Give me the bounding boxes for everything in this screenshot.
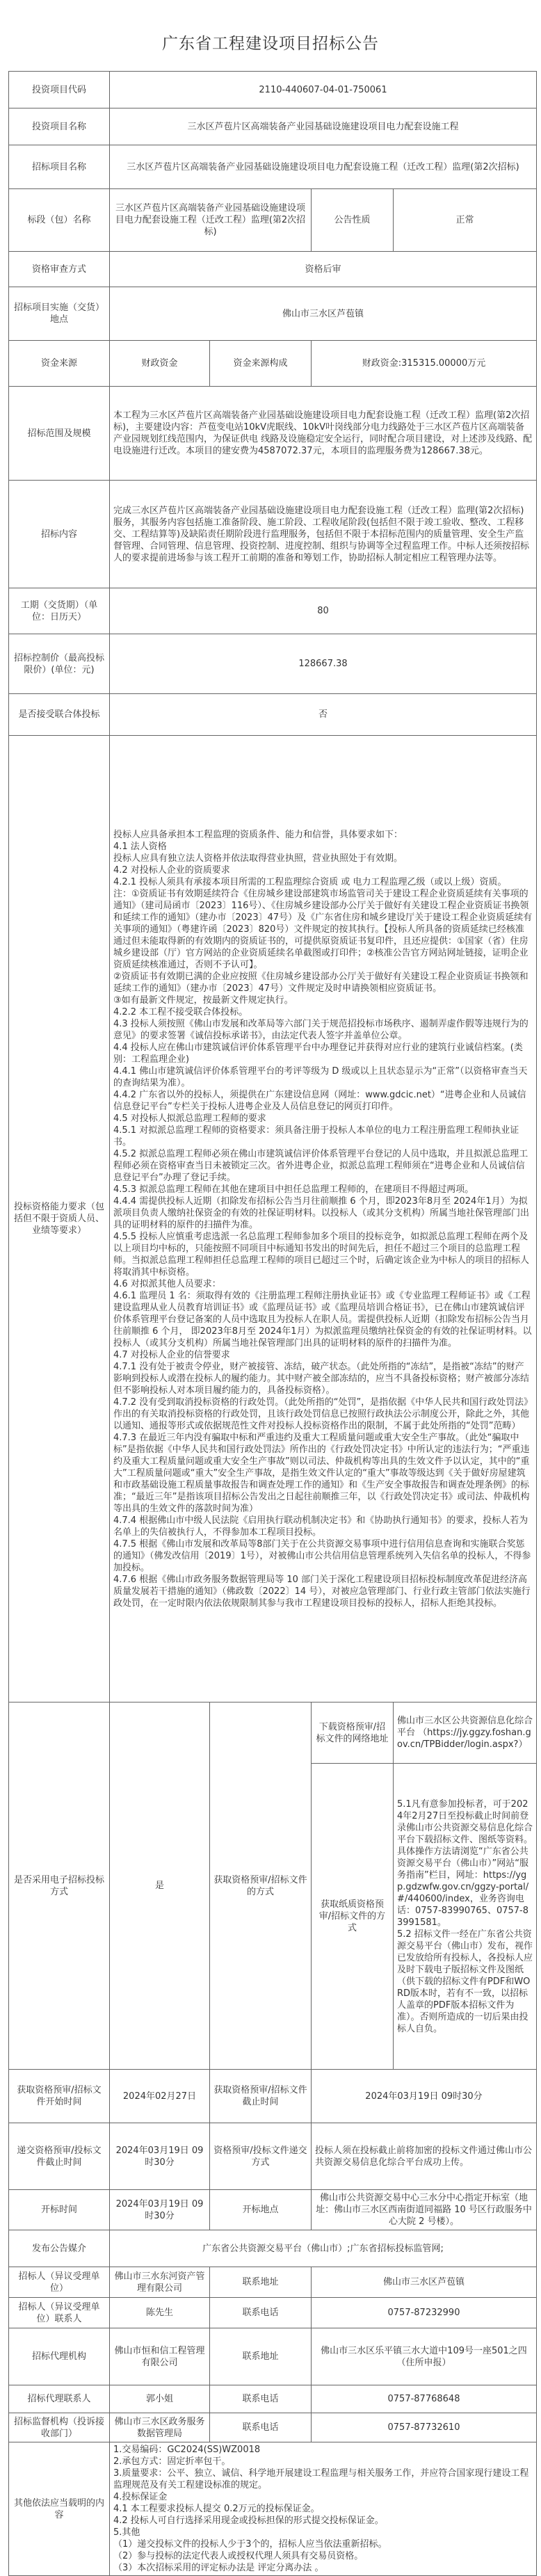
- agency-contact-value: 郭小姐: [110, 2385, 210, 2413]
- consortium-label: 是否接受联合体投标: [9, 694, 110, 736]
- qualification-line: 4.2 对投标人企业的资质要求: [113, 864, 533, 876]
- row-max-price: 招标控制价（最高投标限价）(单位：元) 128667.38: [9, 634, 537, 694]
- other-line: 1.交易编码：GC2024(SS)WZ0018: [113, 2444, 533, 2456]
- row-supervisor: 招标监督机构（投诉接收部门） 佛山市三水区政务服务数据管理局 联系电话 0757…: [9, 2413, 537, 2442]
- row-electronic-net: 是否采用电子招标投标方式 是 获取资格预审/招标文件的方式 下载资格预审/招标文…: [9, 1702, 537, 1764]
- doc-method-label: 获取资格预审/招标文件的方式: [210, 1702, 312, 2070]
- supervisor-value: 佛山市三水区政务服务数据管理局: [110, 2413, 210, 2442]
- qualification-line: 4.5.3 拟派总监理工程师在其他在建项目中担任总监理工程师的，在建项目不得超过…: [113, 1184, 533, 1196]
- opening-place-label: 开标地点: [210, 2190, 312, 2230]
- tenderer-contact-label: 招标人（异议受理单位）联系人: [9, 2298, 110, 2328]
- notice-nature-label: 公告性质: [312, 189, 394, 252]
- agency-phone-label: 联系电话: [210, 2385, 312, 2413]
- row-scope: 招标范围及规模 本工程为三水区芦苞片区高端装备产业园基础设施建设项目电力配套设施…: [9, 387, 537, 481]
- other-line: 4.投标保证金: [113, 2491, 533, 2503]
- row-review-method: 资格审查方式 资格后审: [9, 252, 537, 287]
- tenderer-address-value: 佛山市三水区芦苞镇: [312, 2267, 537, 2298]
- row-agency: 招标代理机构 佛山市恒和信工程管理有限公司 联系地址 佛山市三水区乐平镇三水大道…: [9, 2328, 537, 2385]
- qualification-line: 4.4.4 需提供投标人近期（扣除发布招标公告当月往前顺推 6 个月，即2023…: [113, 1196, 533, 1231]
- qualification-line: 4.4.2 广东省以外的投标人，须提供在广东建设信息网（网址：www.gdcic…: [113, 1089, 533, 1113]
- qualification-line: 4.5.5 投标人应慎重考虑选派一名总监理工程师参加多个项目的投标竞争，如拟派总…: [113, 1231, 533, 1278]
- other-line: 3.质量要求：公平、独立、诚信、科学地开展建设工程监理与相关服务工作，并应符合国…: [113, 2468, 533, 2491]
- other-line: （3）本次招标采用的评定标办法是 评定分离办法 。: [113, 2562, 533, 2574]
- tenderer-address-label: 联系地址: [210, 2267, 312, 2298]
- submit-deadline-value: 2024年03月19日 09时30分: [110, 2123, 210, 2190]
- row-tenderer-contact: 招标人（异议受理单位）联系人 陈先生 联系电话 0757-87232990: [9, 2298, 537, 2328]
- electronic-value: 是: [110, 1702, 210, 2070]
- row-consortium: 是否接受联合体投标 否: [9, 694, 537, 736]
- location-label: 招标项目实施（交货）地点: [9, 287, 110, 341]
- qualification-line: 4.7.5 根据《佛山市发展和改革局等8部门关于在公共资源交易事项中进行信用信息…: [113, 1538, 533, 1574]
- agency-phone-value: 0757-87768648: [312, 2385, 537, 2413]
- qualification-line: 4.5.1 对拟派总监理工程师的资格要求：须具备注册于投标人本单位的电力工程注册…: [113, 1125, 533, 1148]
- opening-time-label: 开标时间: [9, 2190, 110, 2230]
- doc-start-value: 2024年02月27日: [110, 2070, 210, 2123]
- qualification-line: 4.3 投标人须按照《佛山市发展和改革局等六部门关于规范招投标市场秩序、遏制弄虚…: [113, 1018, 533, 1042]
- submit-deadline-label: 递交资格预审/投标文件截止时间: [9, 2123, 110, 2190]
- tenderer-label: 招标人（异议受理单位）: [9, 2267, 110, 2298]
- row-qualification: 投标资格能力要求（包括但不限于资质人员、业绩等要求） 投标人应具备承担本工程监理…: [9, 736, 537, 1702]
- other-line: 5.其他: [113, 2527, 533, 2538]
- duration-value: 80: [110, 588, 537, 634]
- doc-start-label: 获取资格预审/招标文件开始时间: [9, 2070, 110, 2123]
- project-name-value: 三水区芦苞片区高端装备产业园基础设施建设项目电力配套设施工程: [110, 108, 537, 145]
- scope-label: 招标范围及规模: [9, 387, 110, 481]
- qualification-line: 4.6 对拟派其他人员要求：: [113, 1278, 533, 1290]
- doc-end-label: 获取资格预审/招标文件截止时间: [210, 2070, 312, 2123]
- project-code-label: 投资项目代码: [9, 72, 110, 108]
- qualification-line: 4.1 法人资格: [113, 841, 533, 853]
- agency-contact-label: 招标代理联系人: [9, 2385, 110, 2413]
- qualification-line: ②资质证书有效期已满的企业应按照《住房城乡建设部办公厅关于做好有关建设工程企业资…: [113, 971, 533, 995]
- qualification-line: 投标人应具备承担本工程监理的资质条件、能力和信誉，具体要求如下：: [113, 829, 533, 841]
- tender-notice-table: 投资项目代码 2110-440607-04-01-750061 投资项目名称 三…: [8, 71, 537, 2576]
- project-code-value: 2110-440607-04-01-750061: [110, 72, 537, 108]
- content-value: 完成三水区芦苞片区高端装备产业园基础设施建设项目电力配套设施工程（迁改工程）监理…: [110, 481, 537, 588]
- row-tender-name: 招标项目名称 三水区芦苞片区高端装备产业园基础设施建设项目电力配套设施工程（迁改…: [9, 145, 537, 189]
- row-content: 招标内容 完成三水区芦苞片区高端装备产业园基础设施建设项目电力配套设施工程（迁改…: [9, 481, 537, 588]
- qualification-value: 投标人应具备承担本工程监理的资质条件、能力和信誉，具体要求如下： 4.1 法人资…: [110, 736, 537, 1702]
- agency-address-value: 佛山市三水区乐平镇三水大道中109号一座501之四（住所申报）: [312, 2328, 537, 2385]
- paper-doc-line: 5.2 招标文件一经在广东省公共资源交易平台（佛山市）发布，视作已发放给所有投标…: [397, 1929, 533, 2035]
- section-name-label: 标段（包）名称: [9, 189, 110, 252]
- other-value: 1.交易编码：GC2024(SS)WZ0018 2.承包方式：固定折率包干。 3…: [110, 2442, 537, 2576]
- fund-composition-label: 资金来源构成: [210, 341, 312, 387]
- notice-nature-value: 正常: [394, 189, 537, 252]
- row-other: 其他依法应当载明的内容 1.交易编码：GC2024(SS)WZ0018 2.承包…: [9, 2442, 537, 2576]
- supervisor-phone-label: 联系电话: [210, 2413, 312, 2442]
- max-price-value: 128667.38: [110, 634, 537, 694]
- review-method-value: 资格后审: [110, 252, 537, 287]
- tender-name-label: 招标项目名称: [9, 145, 110, 189]
- review-method-label: 资格审查方式: [9, 252, 110, 287]
- row-tenderer: 招标人（异议受理单位） 佛山市三水东河资产管理有限公司 联系地址 佛山市三水区芦…: [9, 2267, 537, 2298]
- other-line: 4.1 本工程要求投标人提交 0.2万元的投标保证金。: [113, 2503, 533, 2515]
- submit-method-label: 资格预审/投标文件递交方式: [210, 2123, 312, 2190]
- paper-doc-value: 5.1凡有意参加投标者，可于2024年2月27日至投标截止时间前登录佛山市公共资…: [394, 1764, 537, 2070]
- location-value: 佛山市三水区芦苞镇: [110, 287, 537, 341]
- max-price-label: 招标控制价（最高投标限价）(单位：元): [9, 634, 110, 694]
- row-duration: 工期（交货期）（单位：日历天） 80: [9, 588, 537, 634]
- paper-doc-label: 获取纸质资格预审/招标文件的方式: [312, 1764, 394, 2070]
- qualification-line: ③如有最新文件规定，按最新文件规定执行。: [113, 995, 533, 1006]
- other-line: 4.2 投标人可自行选择采用现金或投标担保的形式提交投标保证金。: [113, 2515, 533, 2527]
- doc-end-value: 2024年03月19日 09时30分: [312, 2070, 537, 2123]
- qualification-line: 4.2.1 投标人须具有承接本项目所需的工程监理综合资质 或 电力工程监理乙级（…: [113, 876, 533, 888]
- qualification-line: 4.7.6 根据《佛山市政务服务数据管理局等 10 部门关于深化工程建设项目招标…: [113, 1574, 533, 1609]
- qualification-line: 4.4 投标人应在佛山市建筑诚信评价体系管理平台中办理登记并获得对应行业的建筑行…: [113, 1042, 533, 1065]
- other-label: 其他依法应当载明的内容: [9, 2442, 110, 2576]
- qualification-line: 注：①资质证书有效期延续符合《住房城乡建设部建筑市场监管司关于建设工程企业资质延…: [113, 888, 533, 971]
- row-media: 发布公告媒介 广东省公共资源交易平台（佛山市）;广东省招标投标监管网;: [9, 2230, 537, 2267]
- qualification-line: 4.4.1 佛山市建筑诚信评价体系管理平台的考评等级为 D 级或以上且状态显示为…: [113, 1065, 533, 1089]
- tenderer-value: 佛山市三水东河资产管理有限公司: [110, 2267, 210, 2298]
- content-label: 招标内容: [9, 481, 110, 588]
- submit-method-value: 投标人须在投标截止前将加密的投标文件通过佛山市公共资源交易信息化综合平台成功上传…: [312, 2123, 537, 2190]
- agency-label: 招标代理机构: [9, 2328, 110, 2385]
- supervisor-phone-value: 0757-87732610: [312, 2413, 537, 2442]
- qualification-line: 投标人应具有独立法人资格并依法取得营业执照，营业执照处于有效期。: [113, 853, 533, 864]
- qualification-line: 4.7.3 在最近三年内没有骗取中标和严重违约及重大工程质量问题或重大安全生产事…: [113, 1432, 533, 1515]
- qualification-line: 4.7.1 没有处于被责令停业，财产被接管、冻结，破产状态。（此处所指的“冻结”…: [113, 1361, 533, 1396]
- tenderer-phone-value: 0757-87232990: [312, 2298, 537, 2328]
- row-opening: 开标时间 2024年03月19日 09时30分 开标地点 佛山市公共资源交易中心…: [9, 2190, 537, 2230]
- other-line: 2.承包方式：固定折率包干。: [113, 2456, 533, 2468]
- section-name-value: 三水区芦苞片区高端装备产业园基础设施建设项目电力配套设施工程（迁改工程）监理(第…: [110, 189, 312, 252]
- tenderer-contact-value: 陈先生: [110, 2298, 210, 2328]
- row-section-name: 标段（包）名称 三水区芦苞片区高端装备产业园基础设施建设项目电力配套设施工程（迁…: [9, 189, 537, 252]
- qualification-line: 4.7.2 没有受到取消投标资格的行政处罚。（此处所指的“处罚”，是指依据《中华…: [113, 1396, 533, 1432]
- electronic-label: 是否采用电子招标投标方式: [9, 1702, 110, 2070]
- fund-source-label: 资金来源: [9, 341, 110, 387]
- page-title: 广东省工程建设项目招标公告: [0, 0, 541, 71]
- tenderer-phone-label: 联系电话: [210, 2298, 312, 2328]
- row-doc-time: 获取资格预审/招标文件开始时间 2024年02月27日 获取资格预审/招标文件截…: [9, 2070, 537, 2123]
- fund-source-value: 财政资金: [110, 341, 210, 387]
- opening-time-value: 2024年03月19日 09时30分: [110, 2190, 210, 2230]
- qualification-line: 4.2.2 本工程不接受联合体投标。: [113, 1006, 533, 1018]
- other-line: （2）参与投标的法定代表人或授权代理人须具有交易员资格。: [113, 2550, 533, 2562]
- opening-place-value: 佛山市公共资源交易中心三水分中心指定开标室（地址：佛山市三水区西南街道同福路 1…: [312, 2190, 537, 2230]
- qualification-line: 4.5 对投标人拟派总监理工程师的要求: [113, 1113, 533, 1125]
- project-name-label: 投资项目名称: [9, 108, 110, 145]
- paper-doc-line: 5.1凡有意参加投标者，可于2024年2月27日至投标截止时间前登录佛山市公共资…: [397, 1798, 533, 1929]
- row-submit: 递交资格预审/投标文件截止时间 2024年03月19日 09时30分 资格预审/…: [9, 2123, 537, 2190]
- qualification-line: 4.7.4 根据佛山市中级人民法院《启用执行联动机制决定书》和《协助执行通知书》…: [113, 1515, 533, 1538]
- fund-composition-value: 财政资金:315315.00000万元: [312, 341, 537, 387]
- other-line: （1）递交投标文件的投标人少于3个的，招标人应当依法重新招标。: [113, 2538, 533, 2550]
- duration-label: 工期（交货期）（单位：日历天）: [9, 588, 110, 634]
- qualification-line: 4.7 对投标人企业的信誉要求: [113, 1349, 533, 1361]
- media-label: 发布公告媒介: [9, 2230, 110, 2267]
- download-address-value[interactable]: 佛山市三水区公共资源信息化综合平台 （https://jy.ggzy.fosha…: [394, 1702, 537, 1764]
- qualification-line: 4.6.1 监理员 1 名：须取得有效的《注册监理工程师注册执业证书》或《专业监…: [113, 1290, 533, 1349]
- tender-name-value: 三水区芦苞片区高端装备产业园基础设施建设项目电力配套设施工程（迁改工程）监理(第…: [110, 145, 537, 189]
- consortium-value: 否: [110, 694, 537, 736]
- qualification-label: 投标资格能力要求（包括但不限于资质人员、业绩等要求）: [9, 736, 110, 1702]
- supervisor-label: 招标监督机构（投诉接收部门）: [9, 2413, 110, 2442]
- qualification-line: 4.5.2 拟派总监理工程师必须在佛山市建筑诚信评价体系管理平台登记的人员中选取…: [113, 1148, 533, 1184]
- agency-value: 佛山市恒和信工程管理有限公司: [110, 2328, 210, 2385]
- row-agency-contact: 招标代理联系人 郭小姐 联系电话 0757-87768648: [9, 2385, 537, 2413]
- media-value: 广东省公共资源交易平台（佛山市）;广东省招标投标监管网;: [110, 2230, 537, 2267]
- agency-address-label: 联系地址: [210, 2328, 312, 2385]
- download-address-label: 下载资格预审/招标文件的网络地址: [312, 1702, 394, 1764]
- row-location: 招标项目实施（交货）地点 佛山市三水区芦苞镇: [9, 287, 537, 341]
- row-project-code: 投资项目代码 2110-440607-04-01-750061: [9, 72, 537, 108]
- row-fund-source: 资金来源 财政资金 资金来源构成 财政资金:315315.00000万元: [9, 341, 537, 387]
- row-project-name: 投资项目名称 三水区芦苞片区高端装备产业园基础设施建设项目电力配套设施工程: [9, 108, 537, 145]
- scope-value: 本工程为三水区芦苞片区高端装备产业园基础设施建设项目电力配套设施工程（迁改工程）…: [110, 387, 537, 481]
